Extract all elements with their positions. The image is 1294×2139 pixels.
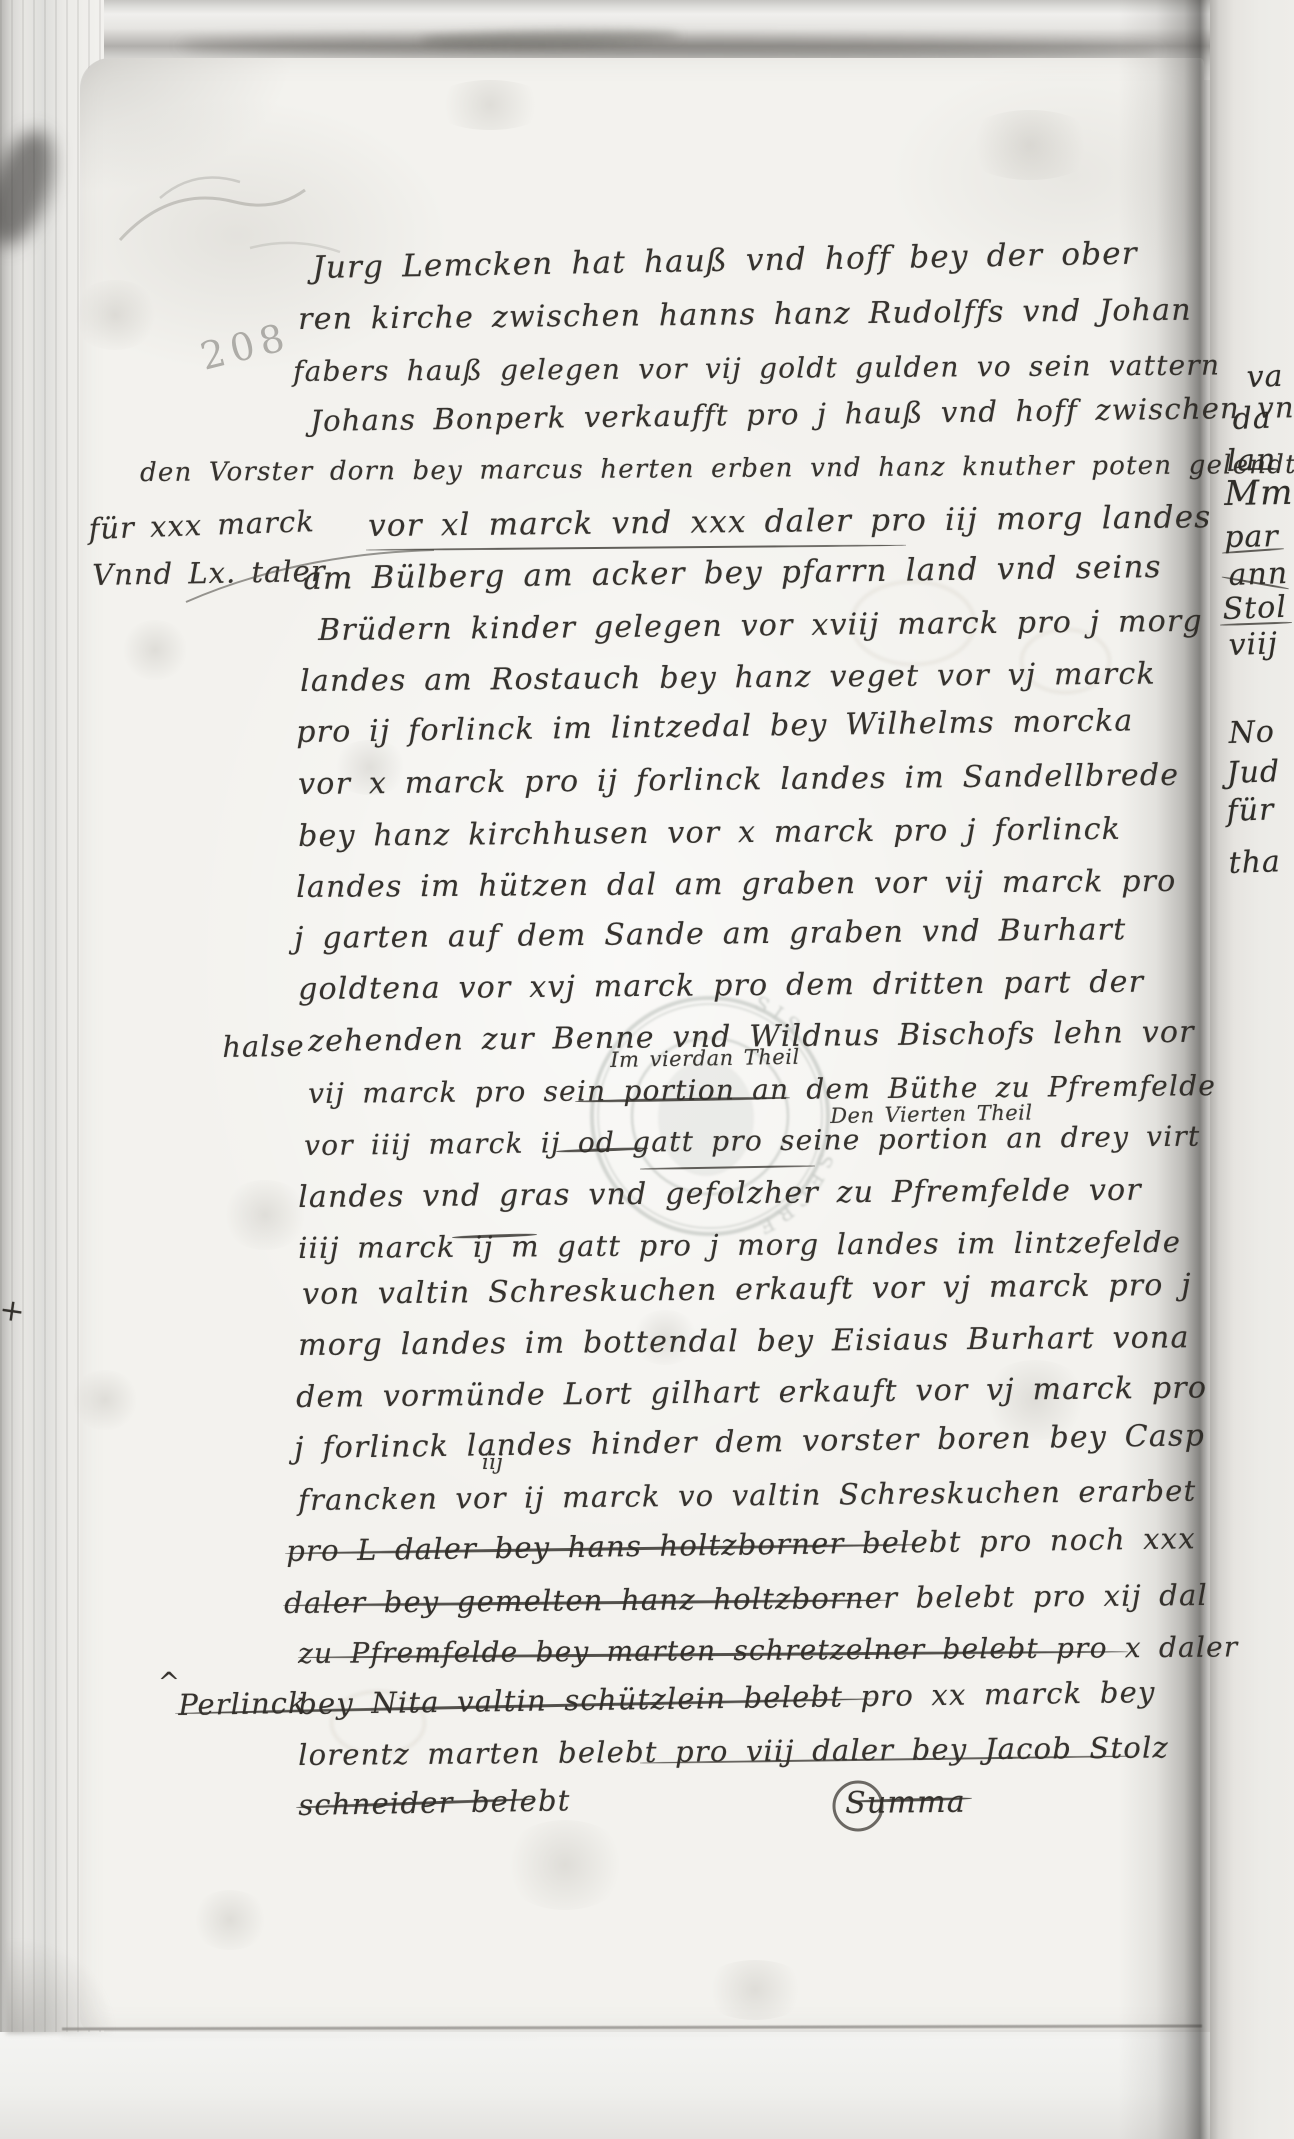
manuscript-line: fabers hauß gelegen vor vij goldt gulden… — [293, 349, 1220, 388]
page-bottom-corner-shade — [6, 1938, 116, 2034]
margin-keyword: Perlinck — [178, 1686, 307, 1722]
manuscript-line: landes vnd gras vnd gefolzher zu Pfremfe… — [298, 1173, 1142, 1215]
margin-connector-stroke — [180, 540, 440, 610]
margin-keyword: halse — [222, 1029, 305, 1064]
manuscript-line: zu Pfremfelde bey marten schretzelner be… — [298, 1630, 1239, 1670]
stain — [500, 1820, 630, 1910]
manuscript-line: bey hanz kirchhusen vor x marck pro j fo… — [298, 812, 1121, 854]
stain — [700, 1960, 810, 2020]
facing-page-fragment: da — [1232, 401, 1272, 437]
facing-page-fragment: Jud — [1226, 754, 1281, 791]
closing-word-circle — [830, 1778, 890, 1834]
stain — [430, 80, 550, 130]
manuscript-line: landes am Rostauch bey hanz veget vor vj… — [300, 657, 1156, 699]
interlinear-insertion: iij — [482, 1450, 503, 1474]
facing-page-fragment: No — [1228, 714, 1276, 751]
facing-page-fragment: Mm — [1224, 473, 1294, 514]
scanned-manuscript-page: SIS SECRE 208 + Jurg Lemcken hat hauß vn… — [0, 0, 1294, 2139]
stain — [70, 280, 160, 350]
interlinear-insertion: Im vierdan Theil — [610, 1045, 800, 1072]
manuscript-line: landes im hützen dal am graben vor vij m… — [296, 864, 1177, 905]
stain — [120, 620, 190, 680]
stain — [190, 1890, 270, 1950]
facing-page-sliver — [1210, 0, 1294, 2139]
facing-page-fragment: va — [1246, 359, 1284, 395]
stain — [960, 110, 1100, 180]
scan-bed-below-page — [0, 2032, 1212, 2139]
stain — [70, 1370, 140, 1430]
interlinear-insertion: Den Vierten Theil — [830, 1100, 1033, 1128]
manuscript-line: goldtena vor xvj marck pro dem dritten p… — [298, 965, 1144, 1007]
stain — [220, 1180, 310, 1250]
manuscript-line: iiij marck ij m gatt pro j morg landes i… — [298, 1225, 1181, 1265]
fragment-overline — [1240, 468, 1280, 470]
facing-page-fragment: viij — [1228, 626, 1279, 663]
facing-page-fragment: tha — [1228, 844, 1281, 881]
facing-page-fragment: für — [1226, 792, 1275, 829]
